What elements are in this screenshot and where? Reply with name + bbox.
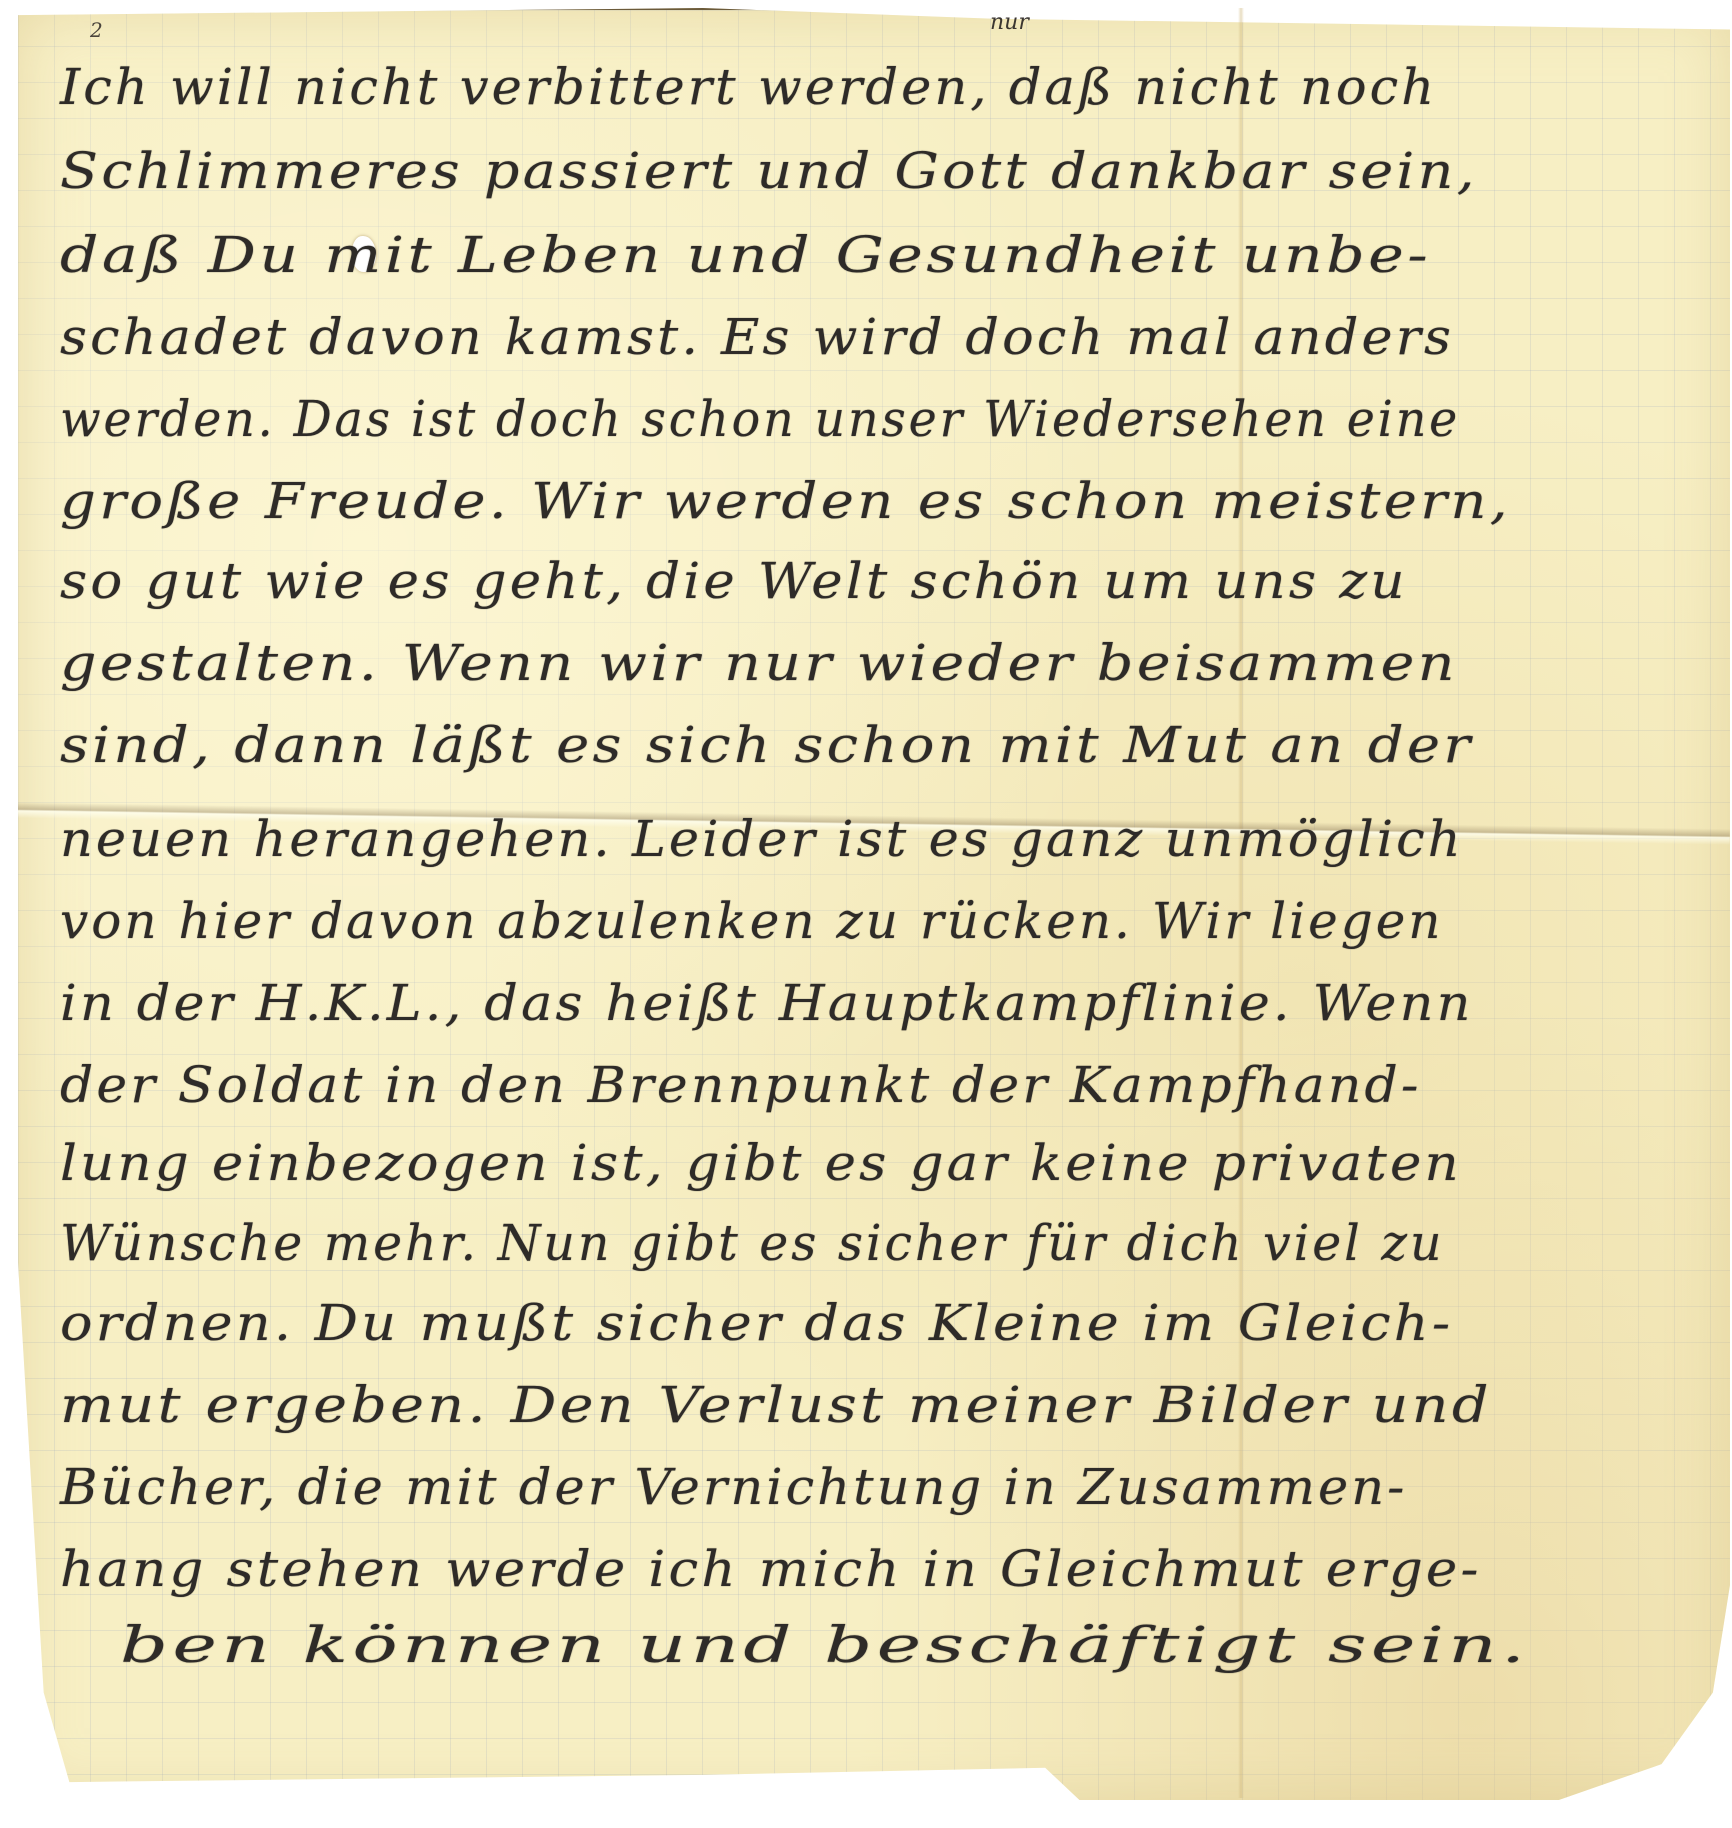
letter-line: ordnen. Du mußt sicher das Kleine im Gle… [60, 1294, 1453, 1374]
letter-line: Ich will nicht verbittert werden, daß ni… [60, 58, 1437, 138]
letter-line: lung einbezogen ist, gibt es gar keine p… [60, 1134, 1462, 1214]
page-number: 2 [90, 18, 103, 42]
letter-line: so gut wie es geht, die Welt schön um un… [60, 552, 1408, 632]
letter-line: schadet davon kamst. Es wird doch mal an… [60, 308, 1454, 388]
letter-line: mut ergeben. Den Verlust meiner Bilder u… [60, 1376, 1492, 1456]
letter-line: daß Du mit Leben und Gesundheit unbe- [60, 226, 1431, 306]
letter-line: neuen herangehen. Leider ist es ganz unm… [60, 810, 1464, 890]
letter-line: Schlimmeres passiert und Gott dankbar se… [60, 142, 1478, 222]
letter-line: werden. Das ist doch schon unser Wieders… [60, 390, 1460, 470]
letter-line: ben können und beschäftigt sein. [120, 1616, 1530, 1696]
letter-line: der Soldat in den Brennpunkt der Kampfha… [60, 1056, 1422, 1136]
letter-line: in der H.K.L., das heißt Hauptkampflinie… [60, 974, 1474, 1054]
letter-line: Bücher, die mit der Vernichtung in Zusam… [60, 1458, 1407, 1538]
letter-line: hang stehen werde ich mich in Gleichmut … [60, 1540, 1482, 1620]
letter-line: Wünsche mehr. Nun gibt es sicher für dic… [60, 1214, 1445, 1294]
letter-line: von hier davon abzulenken zu rücken. Wir… [60, 892, 1444, 972]
letter-line: große Freude. Wir werden es schon meiste… [60, 472, 1511, 552]
letter-line: gestalten. Wenn wir nur wieder beisammen [60, 634, 1458, 714]
inserted-word: nur [990, 10, 1029, 35]
letter-line: sind, dann läßt es sich schon mit Mut an… [60, 716, 1474, 796]
